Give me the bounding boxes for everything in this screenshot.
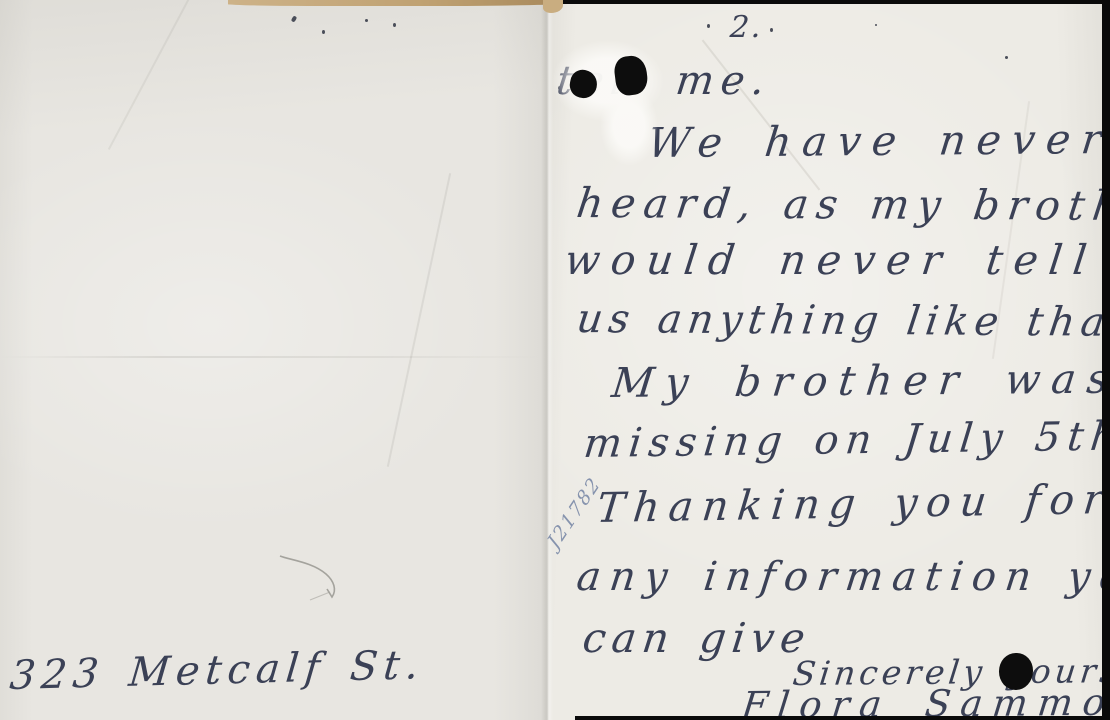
letter-line: My brother was: [610, 359, 1110, 404]
scan-edge-bottom: [575, 716, 1110, 720]
letter-line: We have never: [646, 119, 1110, 164]
letter-line: us anything like that.: [574, 299, 1110, 343]
scan-edge-top: [545, 0, 1110, 4]
signature-line: Flora Sammon: [740, 683, 1110, 720]
left-page: [0, 0, 548, 720]
crease-mark: [272, 542, 358, 612]
paper-edge-top: [228, 0, 560, 6]
letter-scan: 2. tell me. We have never heard, as my b…: [0, 0, 1110, 720]
ink-speck: [322, 30, 325, 34]
letter-line: any information you: [575, 557, 1110, 597]
letter-line: missing on July 5th.: [582, 416, 1110, 464]
ink-speck: [1005, 56, 1008, 59]
page-number: 2.: [729, 13, 764, 43]
letter-line: would never tell: [562, 240, 1099, 281]
address-line: 323 Metcalf St.: [8, 645, 426, 696]
ink-speck: [365, 19, 368, 22]
punch-hole: [999, 653, 1033, 690]
letter-line: can give: [580, 618, 813, 659]
ink-speck: [875, 24, 877, 26]
ink-speck: [393, 23, 396, 27]
letter-line: Thanking you for: [595, 479, 1110, 529]
ink-speck: [770, 28, 773, 32]
scan-edge-right: [1102, 0, 1110, 720]
page-fold: [541, 0, 553, 720]
ink-speck: [707, 24, 710, 28]
letter-line: heard, as my brother: [574, 183, 1110, 227]
